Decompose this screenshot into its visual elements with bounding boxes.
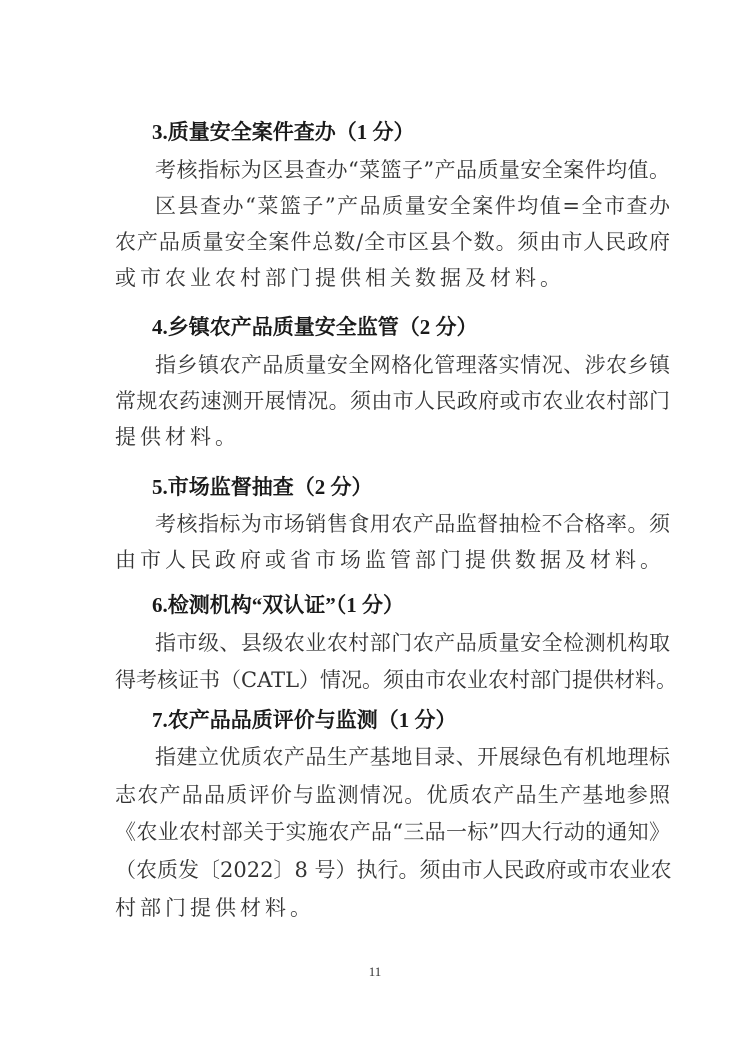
paragraph-line: 《农业农村部关于实施农产品“三品一标”四大行动的通知》 (115, 817, 670, 847)
paragraph-line: 村部门提供材料。 (115, 893, 315, 923)
paragraph-line: （农质发〔2022〕8 号）执行。须由市人民政府或市农业农 (115, 855, 670, 885)
section-title: 检测机构“双认证”（1 分） (168, 593, 404, 617)
section-number: 7. (152, 708, 168, 732)
section-heading-5: 5.市场监督抽查（2 分） (152, 472, 373, 502)
section-heading-7: 7.农产品品质评价与监测（1 分） (152, 705, 457, 735)
paragraph-line: 指乡镇农产品质量安全网格化管理落实情况、涉农乡镇 (155, 350, 670, 380)
section-title: 市场监督抽查（2 分） (168, 475, 373, 499)
section-number: 4. (152, 315, 168, 339)
paragraph-line: 考核指标为区县查办“菜篮子”产品质量安全案件均值。 (155, 155, 670, 185)
section-title: 乡镇农产品质量安全监管（2 分） (168, 315, 478, 339)
page-number: 11 (0, 964, 750, 980)
paragraph-line: 考核指标为市场销售食用农产品监督抽检不合格率。须 (155, 509, 670, 539)
section-number: 3. (152, 120, 168, 144)
section-number: 5. (152, 475, 168, 499)
section-title: 农产品品质评价与监测（1 分） (168, 708, 457, 732)
section-title: 质量安全案件查办（1 分） (168, 120, 415, 144)
paragraph-line: 由市人民政府或省市场监管部门提供数据及材料。 (115, 545, 665, 575)
paragraph-line: 农产品质量安全案件总数/全市区县个数。须由市人民政府 (115, 227, 670, 257)
section-heading-6: 6.检测机构“双认证”（1 分） (152, 590, 404, 620)
section-number: 6. (152, 593, 168, 617)
paragraph-line: 常规农药速测开展情况。须由市人民政府或市农业农村部门 (115, 386, 670, 416)
paragraph-line: 志农产品品质评价与监测情况。优质农产品生产基地参照 (115, 780, 670, 810)
section-heading-3: 3.质量安全案件查办（1 分） (152, 117, 415, 147)
paragraph-line: 提供材料。 (115, 422, 240, 452)
paragraph-line: 或市农业农村部门提供相关数据及材料。 (115, 263, 565, 293)
paragraph-line: 区县查办“菜篮子”产品质量安全案件均值=全市查办 (155, 191, 670, 221)
paragraph-line: 指市级、县级农业农村部门农产品质量安全检测机构取 (155, 628, 670, 658)
paragraph-line: 指建立优质农产品生产基地目录、开展绿色有机地理标 (155, 742, 670, 772)
section-heading-4: 4.乡镇农产品质量安全监管（2 分） (152, 312, 478, 342)
paragraph-line: 得考核证书（CATL）情况。须由市农业农村部门提供材料。 (115, 665, 670, 695)
